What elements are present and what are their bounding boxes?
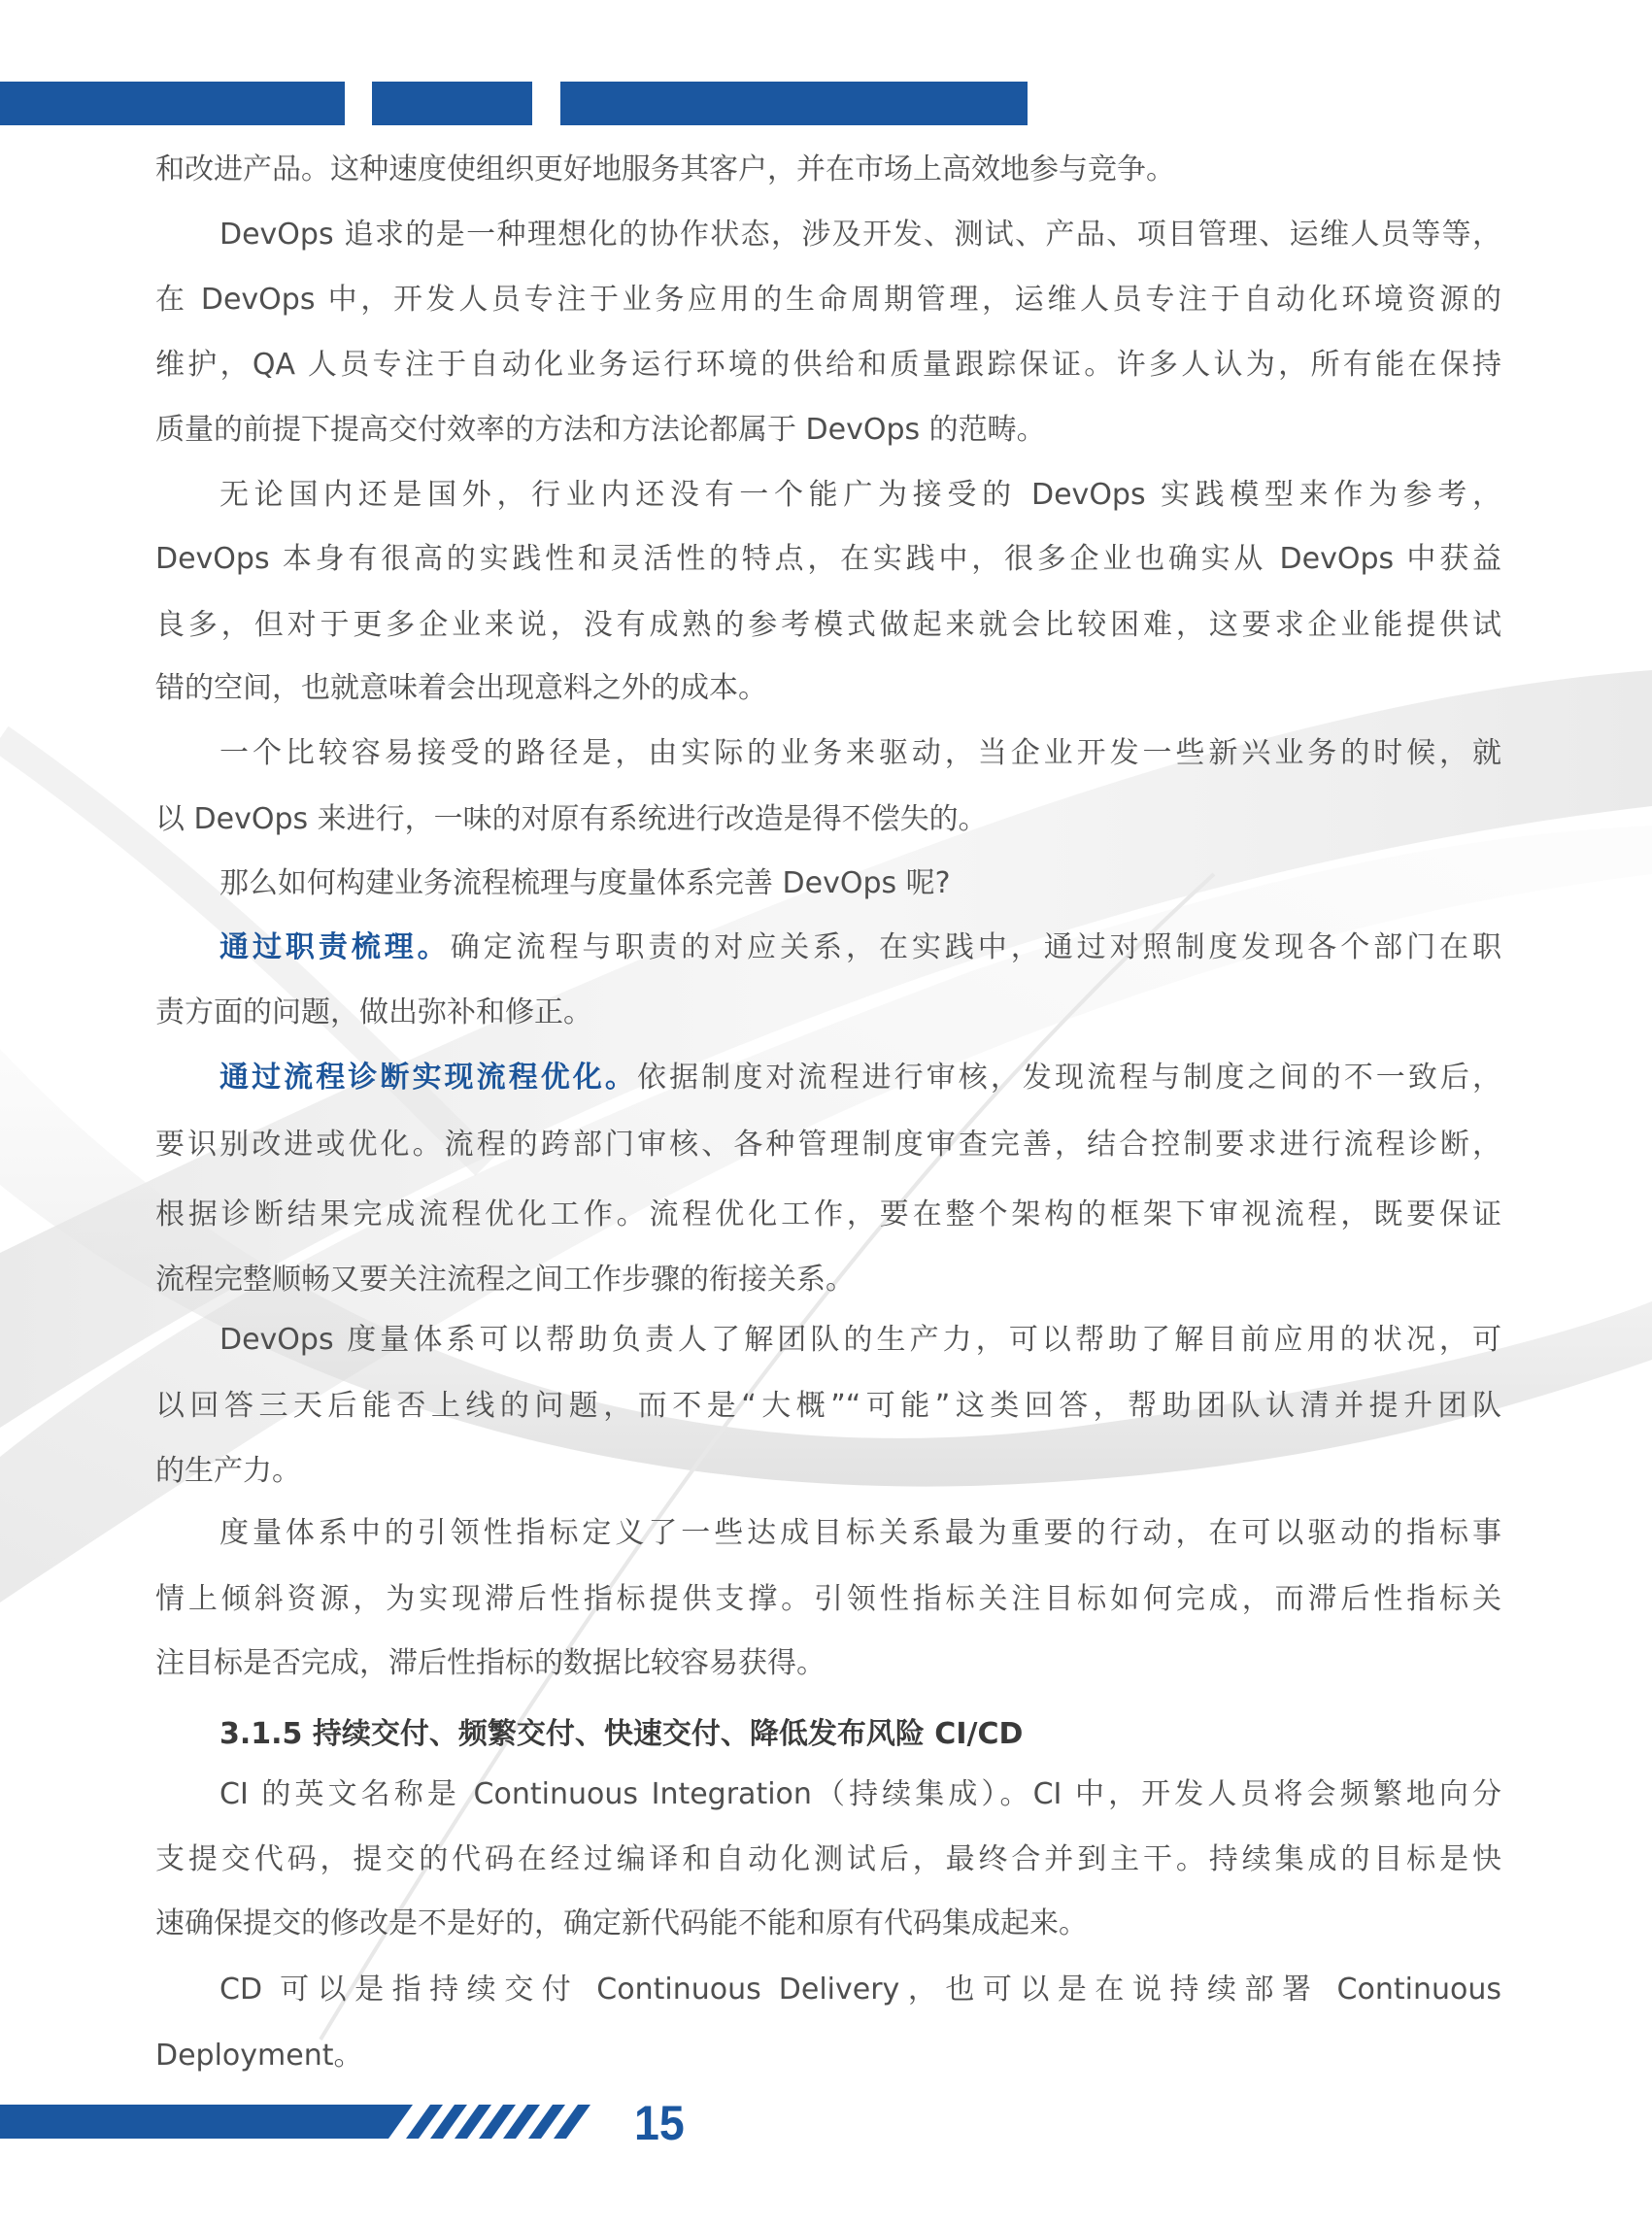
footer-striped-bar	[0, 2098, 622, 2146]
body-line: 错的空间，也就意味着会出现意料之外的成本。	[155, 667, 1501, 710]
body-line: CD 可以是指持续交付 Continuous Delivery，也可以是在说持续…	[219, 1969, 1501, 2011]
body-line: 要识别改进或优化。流程的跨部门审核、各种管理制度审查完善，结合控制要求进行流程诊…	[155, 1124, 1501, 1166]
body-text: 依据制度对流程进行审核，发现流程与制度之间的不一致后，	[637, 1061, 1501, 1095]
body-line: 的生产力。	[155, 1450, 1501, 1493]
body-line: Deployment。	[155, 2035, 1501, 2077]
body-line: 通过流程诊断实现流程优化。依据制度对流程进行审核，发现流程与制度之间的不一致后，	[219, 1057, 1501, 1099]
section-heading: 3.1.5 持续交付、频繁交付、快速交付、降低发布风险 CI/CD	[219, 1713, 1501, 1756]
body-line: 无论国内还是国外，行业内还没有一个能广为接受的 DevOps 实践模型来作为参考…	[219, 474, 1501, 517]
body-line: 一个比较容易接受的路径是，由实际的业务来驱动，当企业开发一些新兴业务的时候，就	[219, 732, 1501, 775]
body-line: DevOps 本身有很高的实践性和灵活性的特点，在实践中，很多企业也确实从 De…	[155, 538, 1501, 581]
body-line: 以 DevOps 来进行，一味的对原有系统进行改造是得不偿失的。	[155, 798, 1501, 841]
paragraph-lead-text: 通过职责梳理。	[219, 930, 451, 964]
body-line: DevOps 度量体系可以帮助负责人了解团队的生产力，可以帮助了解目前应用的状况…	[219, 1319, 1501, 1362]
body-line: 注目标是否完成，滞后性指标的数据比较容易获得。	[155, 1642, 1501, 1685]
body-line: 维护，QA 人员专注于自动化业务运行环境的供给和质量跟踪保证。许多人认为，所有能…	[155, 344, 1501, 387]
body-line: 那么如何构建业务流程梳理与度量体系完善 DevOps 呢?	[219, 862, 1501, 905]
body-line: 流程完整顺畅又要关注流程之间工作步骤的衔接关系。	[155, 1259, 1501, 1301]
body-line: 责方面的问题，做出弥补和修正。	[155, 992, 1501, 1034]
body-line: 度量体系中的引领性指标定义了一些达成目标关系最为重要的行动，在可以驱动的指标事	[219, 1512, 1501, 1555]
paragraph-lead-text: 通过流程诊断实现流程优化。	[219, 1061, 637, 1095]
page-number: 15	[634, 2099, 685, 2147]
body-line: 速确保提交的修改是不是好的，确定新代码能不能和原有代码集成起来。	[155, 1903, 1501, 1945]
body-line: 支提交代码，提交的代码在经过编译和自动化测试后，最终合并到主干。持续集成的目标是…	[155, 1838, 1501, 1881]
header-bar-2	[372, 82, 532, 125]
body-line: 质量的前提下提高交付效率的方法和方法论都属于 DevOps 的范畴。	[155, 409, 1501, 452]
background-swoosh-graphic	[0, 0, 1652, 2226]
body-line: DevOps 追求的是一种理想化的协作状态，涉及开发、测试、产品、项目管理、运维…	[219, 214, 1501, 256]
body-line: 通过职责梳理。确定流程与职责的对应关系，在实践中，通过对照制度发现各个部门在职	[219, 927, 1501, 969]
body-line: CI 的英文名称是 Continuous Integration（持续集成）。C…	[219, 1773, 1501, 1816]
header-bar-3	[560, 82, 1028, 125]
body-text: 确定流程与职责的对应关系，在实践中，通过对照制度发现各个部门在职	[451, 930, 1501, 964]
body-line: 根据诊断结果完成流程优化工作。流程优化工作，要在整个架构的框架下审视流程，既要保…	[155, 1194, 1501, 1236]
document-page: 和改进产品。这种速度使组织更好地服务其客户，并在市场上高效地参与竞争。 DevO…	[0, 0, 1652, 2226]
body-line: 以回答三天后能否上线的问题，而不是“大概”“可能”这类回答，帮助团队认清并提升团…	[155, 1385, 1501, 1428]
body-line: 良多，但对于更多企业来说，没有成熟的参考模式做起来就会比较困难，这要求企业能提供…	[155, 604, 1501, 647]
body-line: 在 DevOps 中，开发人员专注于业务应用的生命周期管理，运维人员专注于自动化…	[155, 279, 1501, 321]
body-line: 情上倾斜资源，为实现滞后性指标提供支撑。引领性指标关注目标如何完成，而滞后性指标…	[155, 1578, 1501, 1621]
body-line: 和改进产品。这种速度使组织更好地服务其客户，并在市场上高效地参与竞争。	[155, 149, 1501, 191]
header-bar-1	[0, 82, 345, 125]
